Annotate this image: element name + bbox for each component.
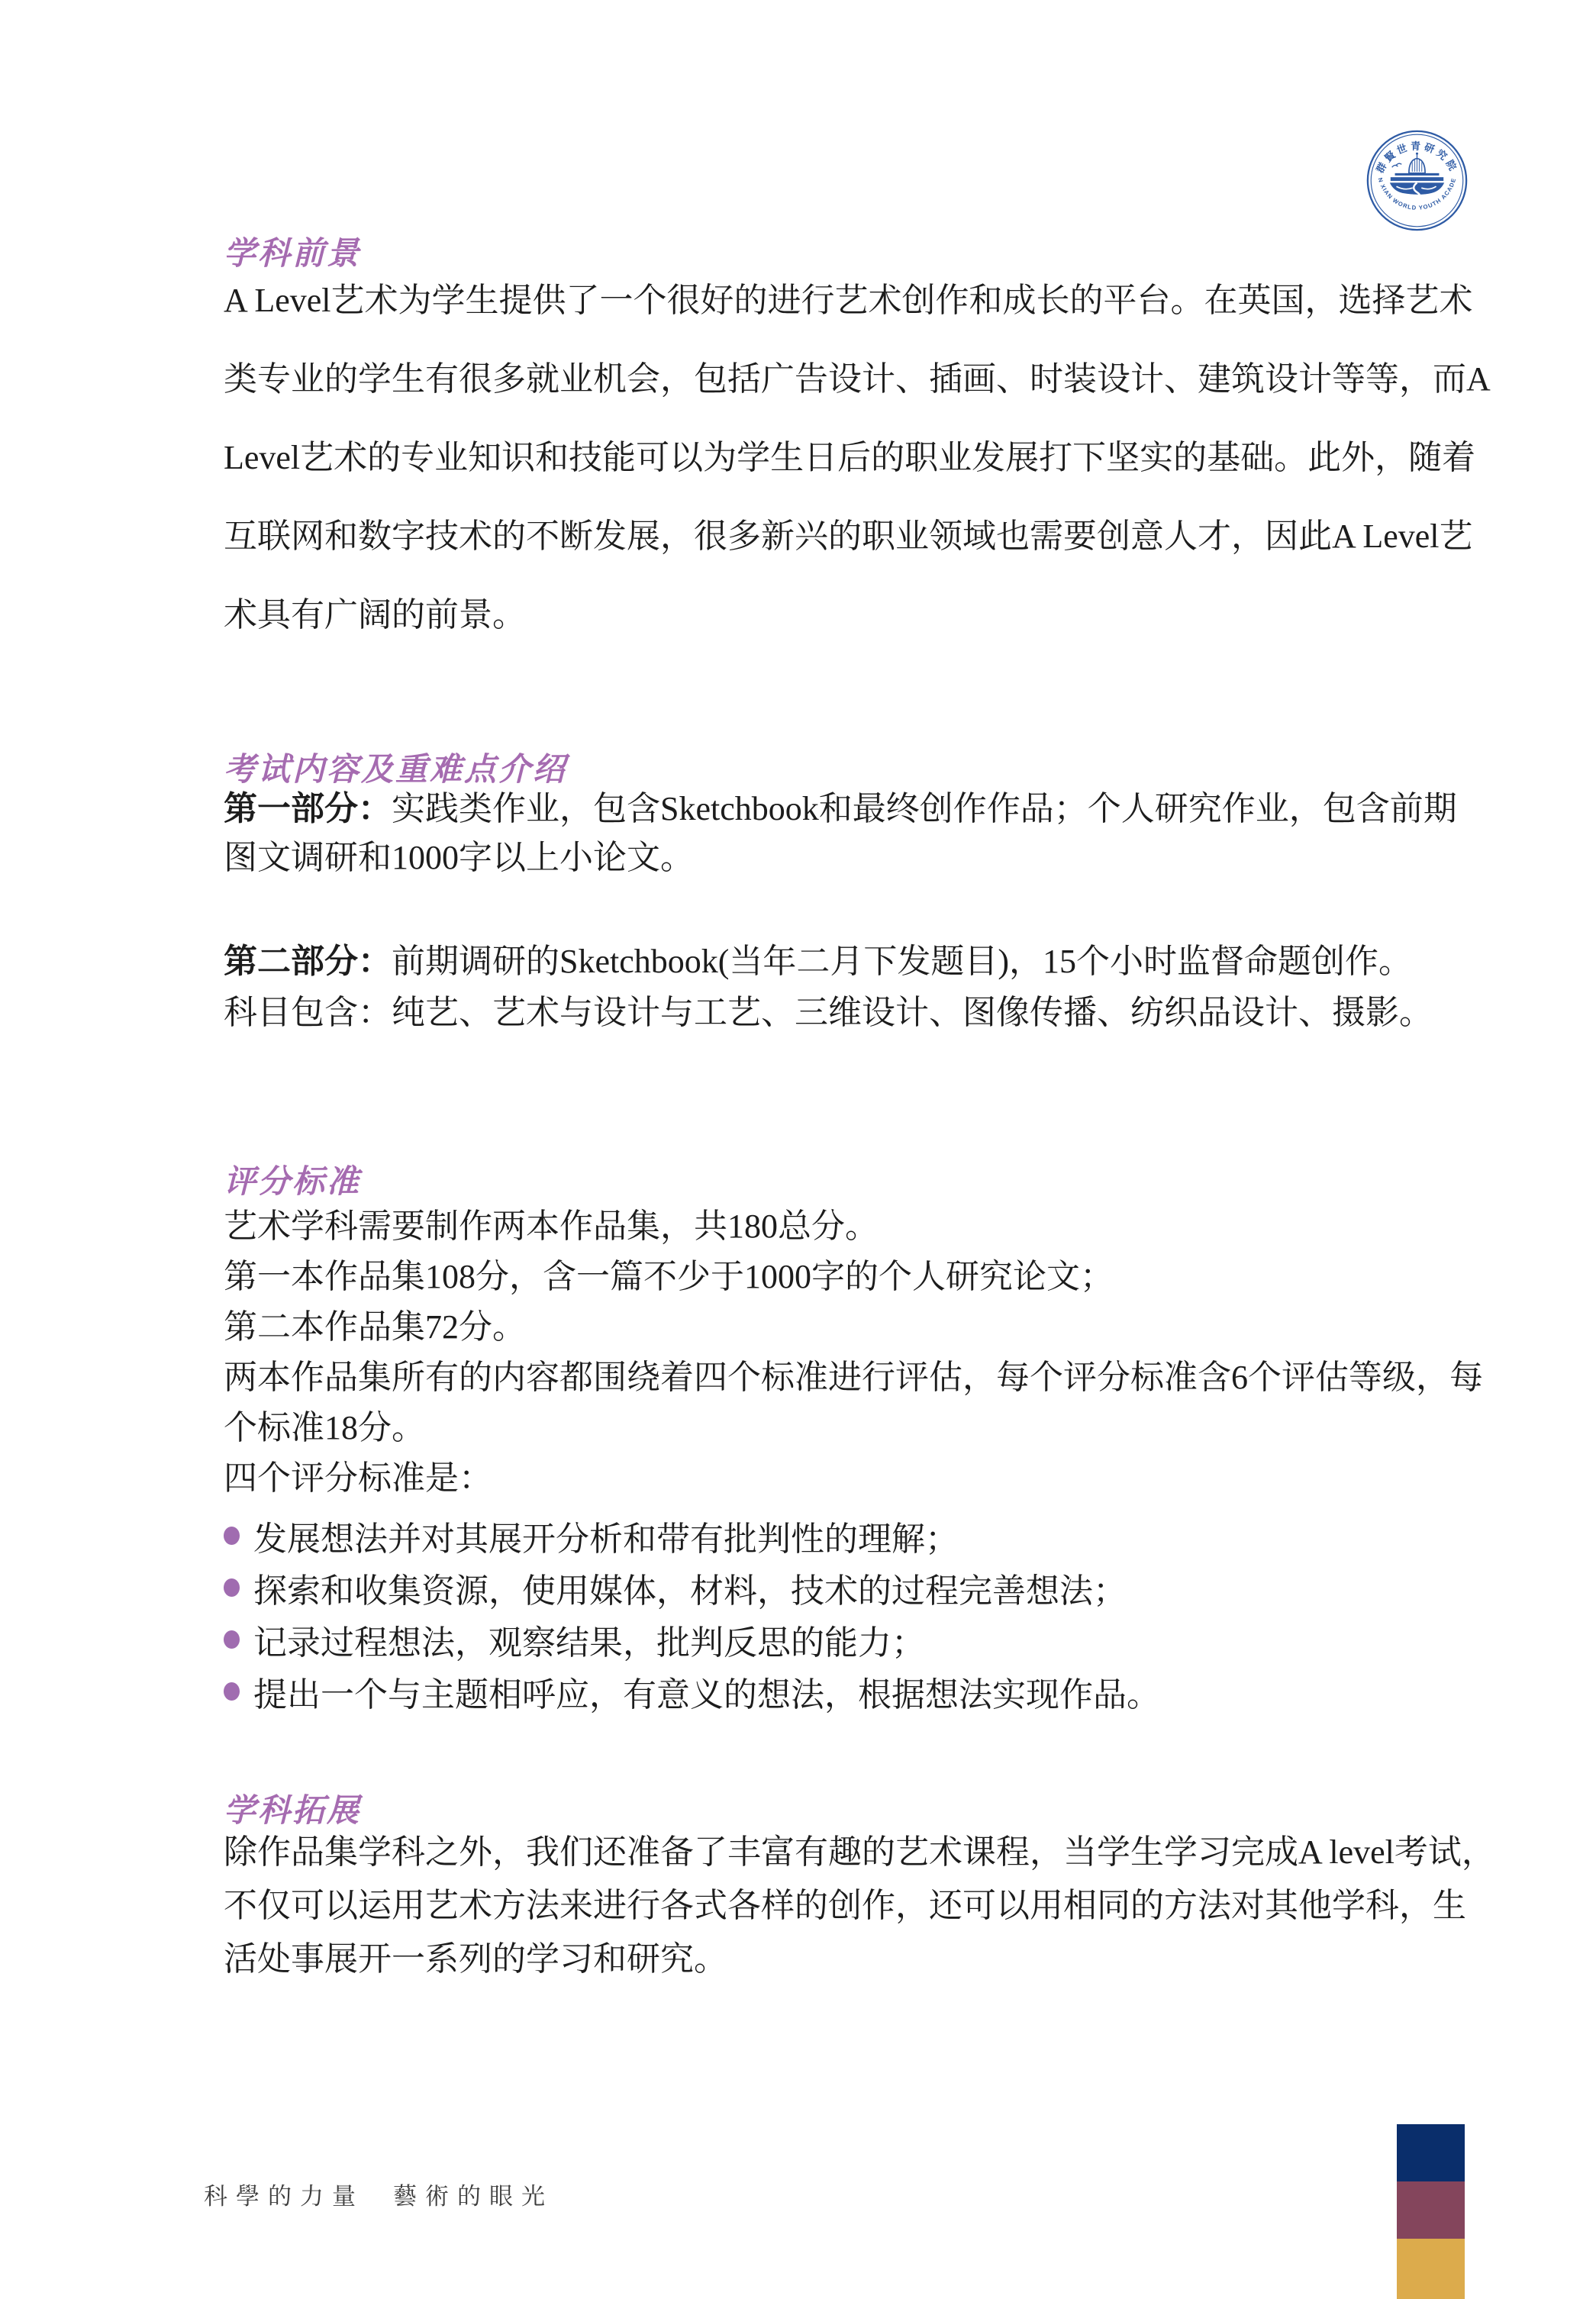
list-item: 发展想法并对其展开分析和带有批判性的理解； bbox=[224, 1510, 1391, 1562]
grading-criteria-list: 发展想法并对其展开分析和带有批判性的理解； 探索和收集资源，使用媒体，材料，技术… bbox=[224, 1510, 1391, 1717]
text-line: 四个评分标准是： bbox=[224, 1453, 1391, 1504]
text-line: 第二部分：前期调研的Sketchbook(当年二月下发题目)，15个小时监督命题… bbox=[224, 936, 1391, 987]
bullet-text: 发展想法并对其展开分析和带有批判性的理解； bbox=[253, 1511, 959, 1560]
text-line: Level艺术的专业知识和技能可以为学生日后的职业发展打下坚实的基础。此外，随着 bbox=[224, 418, 1391, 497]
logo-dome-emblem-icon bbox=[1390, 153, 1444, 201]
document-page: 群賢世青研究院 QUN XIAN WORLD YOUTH ACADEMY 学科前… bbox=[0, 0, 1596, 2299]
text-line: 不仅可以运用艺术方法来进行各式各样的创作，还可以用相同的方法对其他学科，生 bbox=[224, 1879, 1391, 1933]
text-line: 类专业的学生有很多就业机会，包括广告设计、插画、时装设计、建筑设计等等，而A bbox=[224, 340, 1391, 418]
text-line: 两本作品集所有的内容都围绕着四个标准进行评估，每个评分标准含6个评估等级，每 bbox=[224, 1353, 1391, 1403]
section-heading-grading: 评分标准 bbox=[224, 1162, 361, 1202]
text-line: 除作品集学科之外，我们还准备了丰富有趣的艺术课程，当学生学习完成A level考… bbox=[224, 1826, 1391, 1879]
text-line: 活处事展开一系列的学习和研究。 bbox=[224, 1933, 1391, 1986]
bullet-dot-icon bbox=[224, 1578, 240, 1597]
bullet-dot-icon bbox=[224, 1630, 240, 1649]
list-item: 提出一个与主题相呼应，有意义的想法，根据想法实现作品。 bbox=[224, 1665, 1391, 1717]
bullet-dot-icon bbox=[224, 1527, 240, 1545]
footer-slogan: 科學的力量藝術的眼光 bbox=[204, 2177, 553, 2211]
text-line: 术具有广阔的前景。 bbox=[224, 576, 1391, 654]
footer-color-block-maroon bbox=[1397, 2181, 1465, 2239]
footer-slogan-right: 藝術的眼光 bbox=[393, 2183, 553, 2210]
footer-slogan-left: 科學的力量 bbox=[204, 2183, 364, 2210]
bullet-text: 记录过程想法，观察结果，批判反思的能力； bbox=[253, 1615, 925, 1664]
text-line: 个标准18分。 bbox=[224, 1403, 1391, 1453]
extension-paragraph: 除作品集学科之外，我们还准备了丰富有趣的艺术课程，当学生学习完成A level考… bbox=[224, 1826, 1391, 1986]
exam-part2-paragraph: 第二部分：前期调研的Sketchbook(当年二月下发题目)，15个小时监督命题… bbox=[224, 936, 1391, 1038]
text-line: 第一本作品集108分，含一篇不少于1000字的个人研究论文； bbox=[224, 1252, 1391, 1302]
text-line: 图文调研和1000字以上小论文。 bbox=[224, 834, 1391, 882]
grading-paragraph: 艺术学科需要制作两本作品集，共180总分。 第一本作品集108分，含一篇不少于1… bbox=[224, 1201, 1391, 1504]
part1-text: 实践类作业，包含Sketchbook和最终创作作品；个人研究作业，包含前期 bbox=[392, 790, 1457, 827]
bullet-text: 探索和收集资源，使用媒体，材料，技术的过程完善想法； bbox=[253, 1563, 1127, 1612]
part1-label: 第一部分： bbox=[224, 790, 392, 827]
footer-color-block-navy bbox=[1397, 2124, 1465, 2181]
part2-label: 第二部分： bbox=[224, 943, 392, 980]
exam-part1-paragraph: 第一部分：实践类作业，包含Sketchbook和最终创作作品；个人研究作业，包含… bbox=[224, 785, 1391, 882]
footer-color-block-gold bbox=[1397, 2239, 1465, 2299]
part2-text: 前期调研的Sketchbook(当年二月下发题目)，15个小时监督命题创作。 bbox=[392, 943, 1412, 980]
list-item: 记录过程想法，观察结果，批判反思的能力； bbox=[224, 1614, 1391, 1665]
bullet-text: 提出一个与主题相呼应，有意义的想法，根据想法实现作品。 bbox=[253, 1667, 1160, 1716]
academy-logo: 群賢世青研究院 QUN XIAN WORLD YOUTH ACADEMY bbox=[1365, 129, 1469, 232]
text-line: 第二本作品集72分。 bbox=[224, 1302, 1391, 1353]
logo-bird-icon bbox=[1392, 163, 1402, 167]
bullet-dot-icon bbox=[224, 1682, 240, 1701]
text-line: 艺术学科需要制作两本作品集，共180总分。 bbox=[224, 1201, 1391, 1252]
text-line: 互联网和数字技术的不断发展，很多新兴的职业领域也需要创意人才，因此A Level… bbox=[224, 497, 1391, 576]
text-line: 科目包含：纯艺、艺术与设计与工艺、三维设计、图像传播、纺织品设计、摄影。 bbox=[224, 987, 1391, 1038]
text-line: A Level艺术为学生提供了一个很好的进行艺术创作和成长的平台。在英国，选择艺… bbox=[224, 261, 1391, 340]
text-line: 第一部分：实践类作业，包含Sketchbook和最终创作作品；个人研究作业，包含… bbox=[224, 785, 1391, 834]
list-item: 探索和收集资源，使用媒体，材料，技术的过程完善想法； bbox=[224, 1562, 1391, 1614]
prospects-paragraph: A Level艺术为学生提供了一个很好的进行艺术创作和成长的平台。在英国，选择艺… bbox=[224, 261, 1391, 654]
